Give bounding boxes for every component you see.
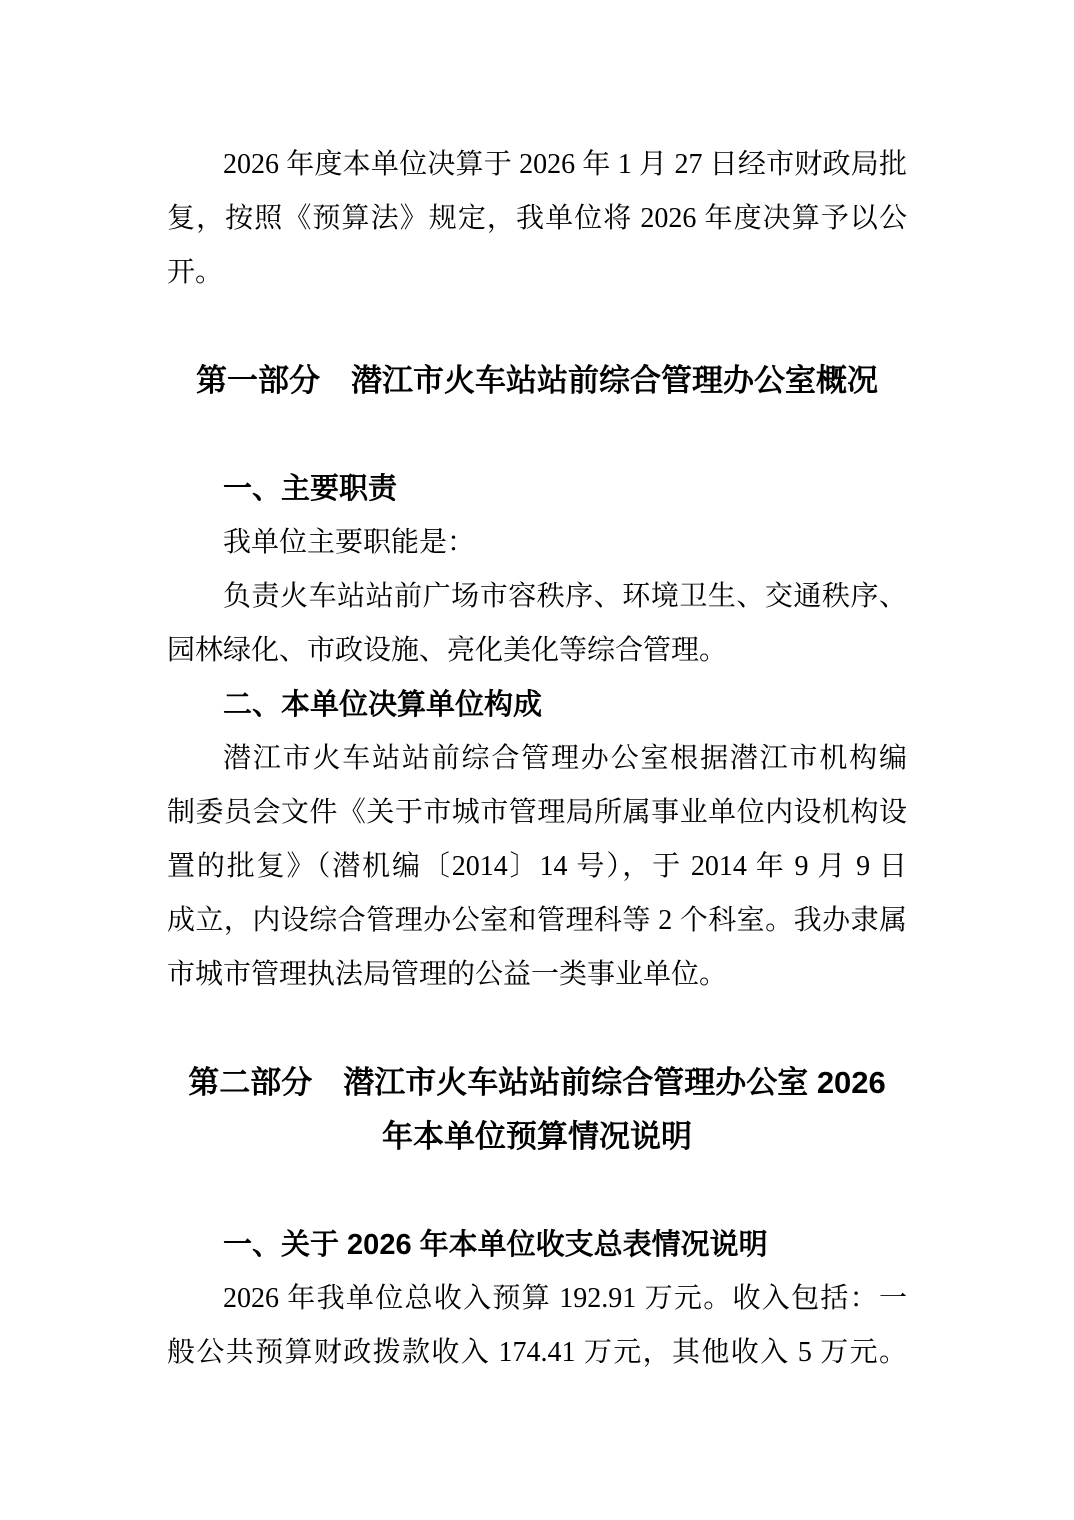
blank-line (167, 1002, 907, 1056)
part1-section2-line-5: 市城市管理执法局管理的公益一类事业单位。 (167, 948, 907, 1002)
part2-title-line-1: 第二部分 潜江市火车站站前综合管理办公室 2026 (167, 1056, 907, 1110)
part1-section1-heading: 一、主要职责 (167, 462, 907, 516)
part2-section1-heading: 一、关于 2026 年本单位收支总表情况说明 (167, 1218, 907, 1272)
blank-line (167, 1164, 907, 1218)
part1-title: 第一部分 潜江市火车站站前综合管理办公室概况 (167, 354, 907, 408)
part2-section1-line-1: 2026 年我单位总收入预算 192.91 万元。收入包括：一 (167, 1272, 907, 1326)
part1-section1-line-1: 我单位主要职能是： (167, 516, 907, 570)
part1-section2-line-3: 置的批复》（潜机编〔2014〕14 号），于 2014 年 9 月 9 日 (167, 840, 907, 894)
part1-section2-line-4: 成立，内设综合管理办公室和管理科等 2 个科室。我办隶属 (167, 894, 907, 948)
blank-line (167, 300, 907, 354)
intro-paragraph-line-3: 开。 (167, 246, 907, 300)
intro-paragraph-line-1: 2026 年度本单位决算于 2026 年 1 月 27 日经市财政局批 (167, 138, 907, 192)
part1-section2-line-1: 潜江市火车站站前综合管理办公室根据潜江市机构编 (167, 732, 907, 786)
part1-section1-line-3: 园林绿化、市政设施、亮化美化等综合管理。 (167, 624, 907, 678)
blank-line (167, 408, 907, 462)
document-content: 2026 年度本单位决算于 2026 年 1 月 27 日经市财政局批 复，按照… (167, 138, 907, 1380)
part2-section1-line-2: 般公共预算财政拨款收入 174.41 万元，其他收入 5 万元。 (167, 1326, 907, 1380)
part1-section2-line-2: 制委员会文件《关于市城市管理局所属事业单位内设机构设 (167, 786, 907, 840)
intro-paragraph-line-2: 复，按照《预算法》规定，我单位将 2026 年度决算予以公 (167, 192, 907, 246)
part1-section1-line-2: 负责火车站站前广场市容秩序、环境卫生、交通秩序、 (167, 570, 907, 624)
part1-section2-heading: 二、本单位决算单位构成 (167, 678, 907, 732)
part2-title-line-2: 年本单位预算情况说明 (167, 1110, 907, 1164)
document-page: 2026 年度本单位决算于 2026 年 1 月 27 日经市财政局批 复，按照… (0, 0, 1074, 1520)
